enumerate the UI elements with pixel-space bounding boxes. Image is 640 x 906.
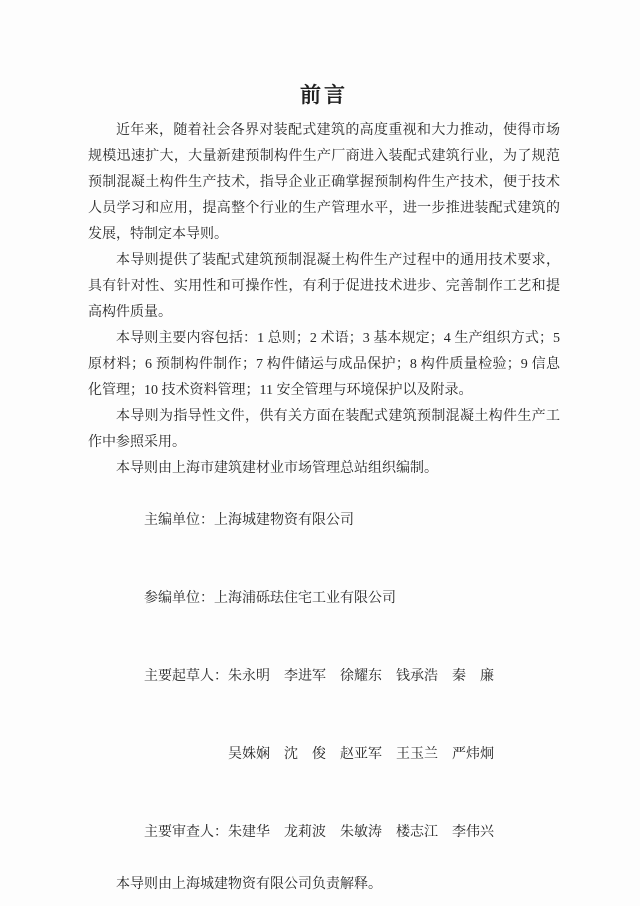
credit-line-reviewers: 主要审查人：朱建华 龙莉波 朱敏涛 楼志江 李伟兴 (88, 794, 560, 872)
paragraph-interpretation: 本导则由上海城建物资有限公司负责解释。 (88, 872, 560, 898)
credit-line-drafters-continued: 吴姝娴 沈 俊 赵亚军 王玉兰 严炜炯 (88, 716, 560, 794)
chief-editor-value: 上海城建物资有限公司 (214, 513, 354, 528)
chief-editor-label: 主编单位： (144, 513, 214, 528)
drafters-names-row-1: 朱永明 李进军 徐耀东 钱承浩 秦 廉 (228, 669, 494, 684)
reviewers-label: 主要审查人： (144, 825, 228, 840)
paragraph-organizer: 本导则由上海市建筑建材业市场管理总站组织编制。 (88, 456, 560, 482)
credit-line-drafters: 主要起草人：朱永明 李进军 徐耀东 钱承浩 秦 廉 (88, 638, 560, 716)
paragraph-purpose: 本导则提供了装配式建筑预制混凝土构件生产过程中的通用技术要求，具有针对性、实用性… (88, 248, 560, 326)
paragraph-guidance: 本导则为指导性文件，供有关方面在装配式建筑预制混凝土构件生产工作中参照采用。 (88, 404, 560, 456)
drafters-names-row-2: 吴姝娴 沈 俊 赵亚军 王玉兰 严炜炯 (228, 747, 494, 762)
credit-line-chief-editor: 主编单位：上海城建物资有限公司 (88, 482, 560, 560)
text-column: 前言 近年来，随着社会各界对装配式建筑的高度重视和大力推动，使得市场规模迅速扩大… (88, 82, 560, 898)
reviewers-names: 朱建华 龙莉波 朱敏涛 楼志江 李伟兴 (228, 825, 494, 840)
co-editor-value: 上海浦砾珐住宅工业有限公司 (214, 591, 396, 606)
drafters-label: 主要起草人： (144, 669, 228, 684)
page-title: 前言 (88, 82, 560, 108)
paragraph-background: 近年来，随着社会各界对装配式建筑的高度重视和大力推动，使得市场规模迅速扩大，大量… (88, 118, 560, 248)
credits-block: 主编单位：上海城建物资有限公司 参编单位：上海浦砾珐住宅工业有限公司 主要起草人… (88, 482, 560, 872)
credit-line-co-editor: 参编单位：上海浦砾珐住宅工业有限公司 (88, 560, 560, 638)
document-page: 前言 近年来，随着社会各界对装配式建筑的高度重视和大力推动，使得市场规模迅速扩大… (0, 0, 640, 906)
paragraph-contents: 本导则主要内容包括：1 总则；2 术语；3 基本规定；4 生产组织方式；5 原材… (88, 326, 560, 404)
co-editor-label: 参编单位： (144, 591, 214, 606)
